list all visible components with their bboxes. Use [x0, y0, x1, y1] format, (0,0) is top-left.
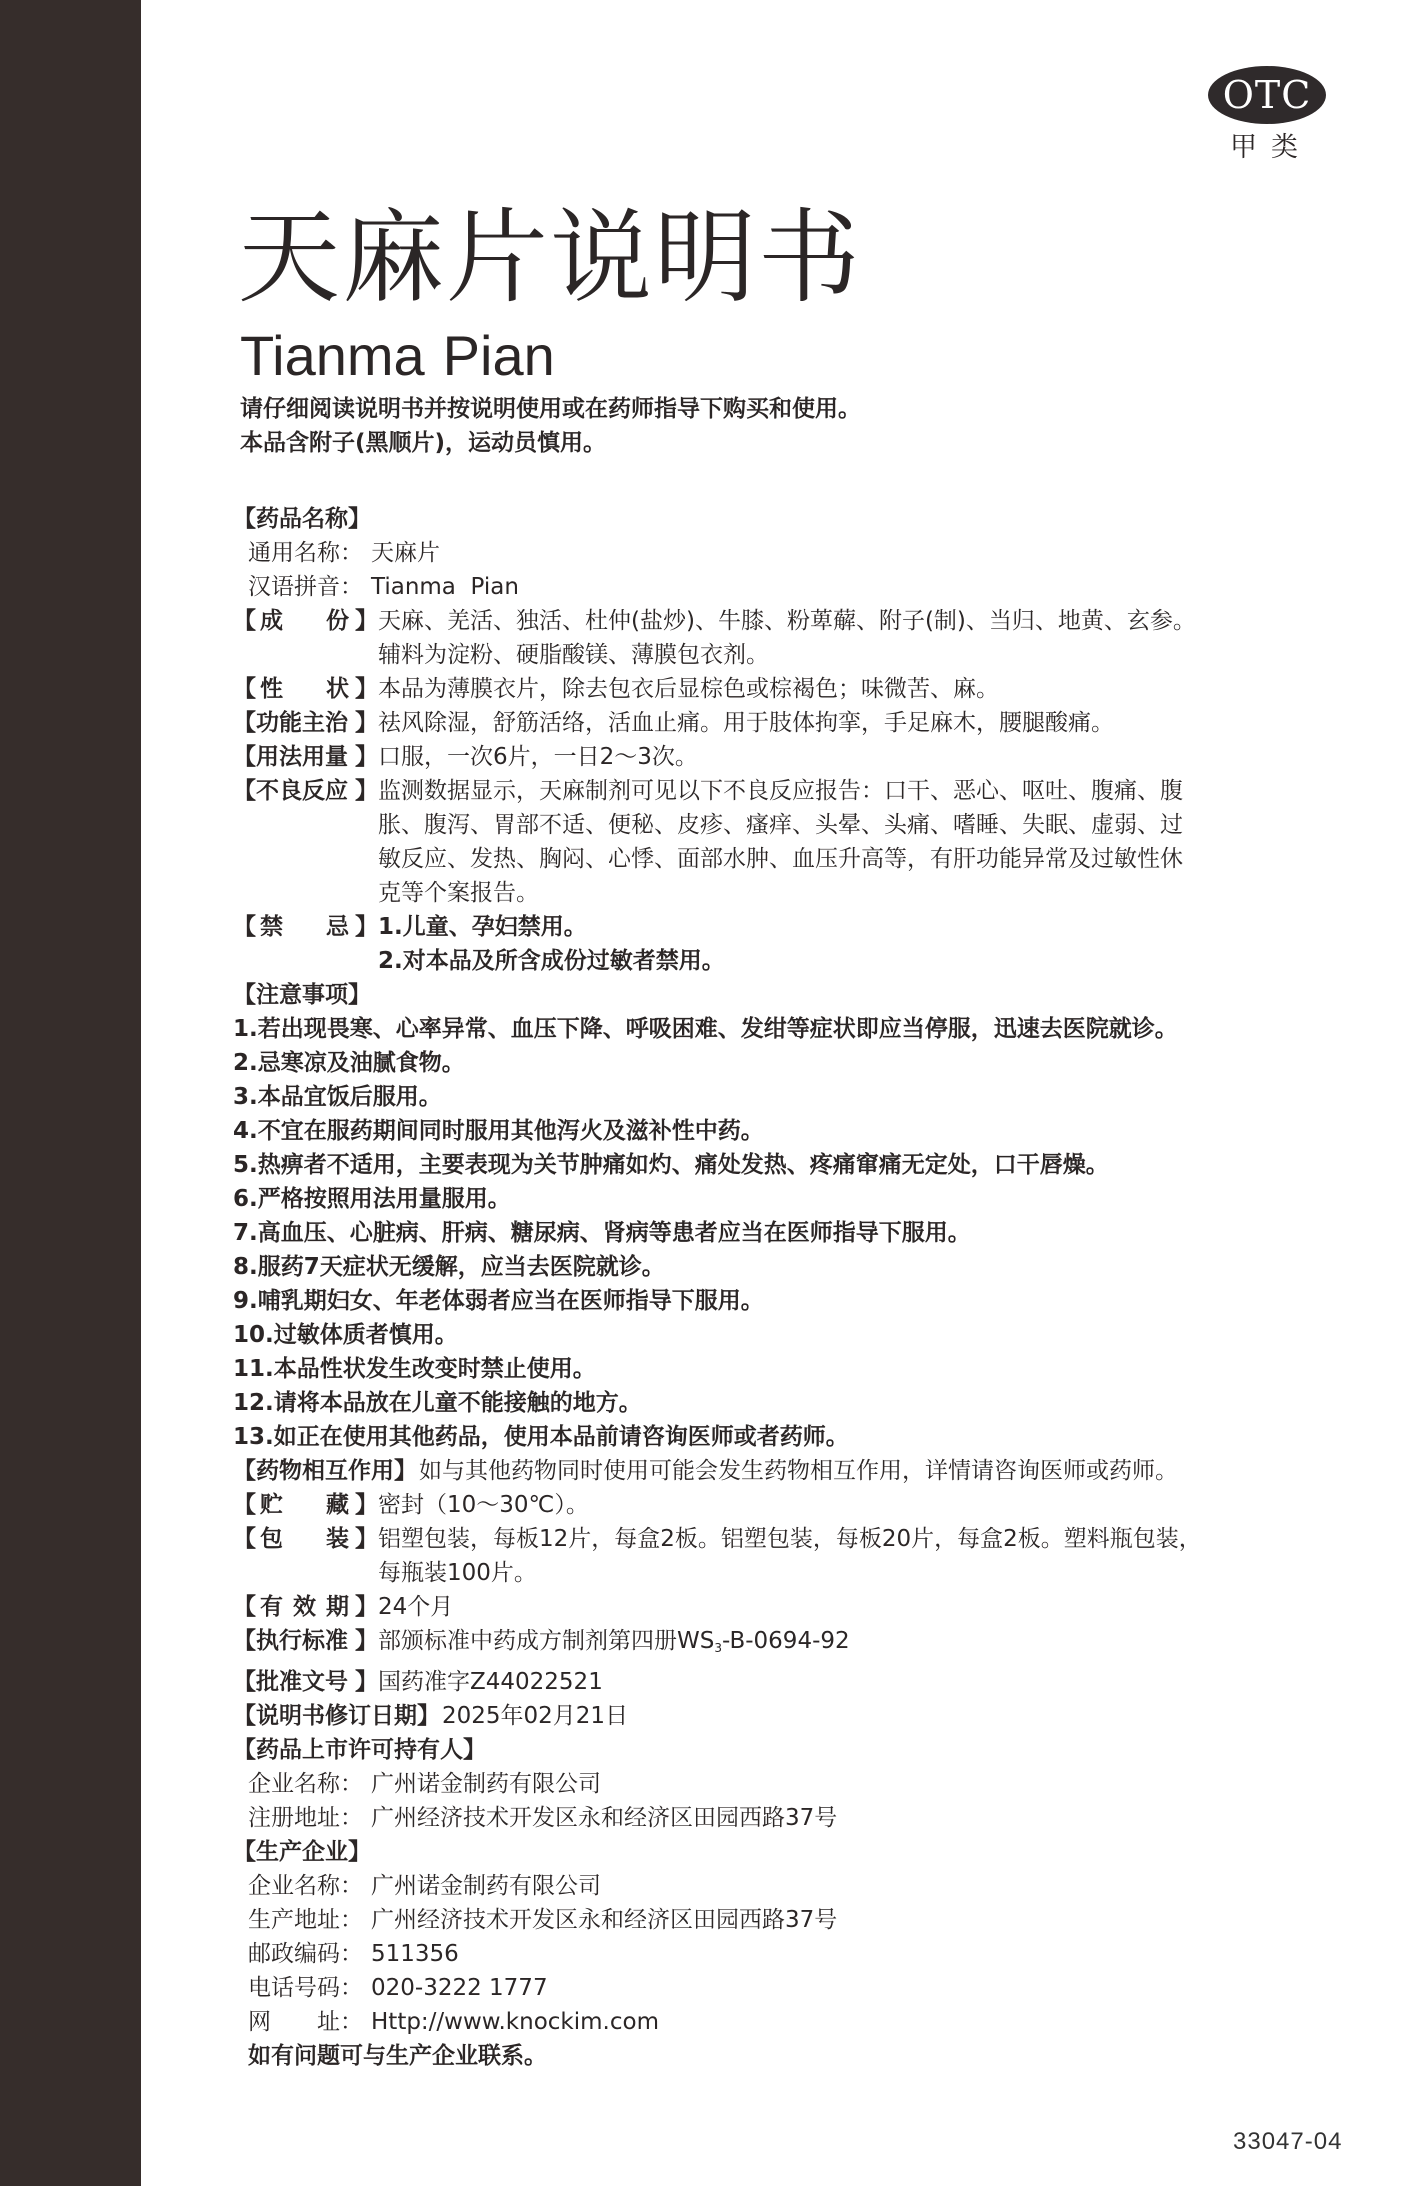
package-line-2: 每瓶装100片。: [233, 1556, 1343, 1590]
manufacturer-address-label: 生产地址：: [248, 1903, 363, 1937]
section-package: 【包装】 铝塑包装，每板12片，每盒2板。铝塑包装，每板20片，每盒2板。塑料瓶…: [233, 1522, 1343, 1556]
generic-name-label: 通用名称：: [248, 536, 363, 570]
approval-text: 国药准字Z44022521: [378, 1665, 1343, 1699]
generic-name-value: 天麻片: [363, 536, 440, 570]
section-storage: 【贮藏】 密封（10～30℃）。: [233, 1488, 1343, 1522]
composition-label: 【成份】: [233, 604, 378, 638]
precaution-item: 2.忌寒凉及油腻食物。: [233, 1046, 1343, 1080]
phone-row: 电话号码： 020-3222 1777: [233, 1971, 1343, 2005]
storage-label: 【贮藏】: [233, 1488, 378, 1522]
phone-label: 电话号码：: [248, 1971, 363, 2005]
interactions-text: 如与其他药物同时使用可能会发生药物相互作用，详情请咨询医师或药师。: [419, 1454, 1343, 1488]
sidebar-band: [0, 0, 141, 2186]
manufacturer-address-value: 广州经济技术开发区永和经济区田园西路37号: [363, 1903, 837, 1937]
zip-row: 邮政编码： 511356: [233, 1937, 1343, 1971]
adverse-line-1: 监测数据显示，天麻制剂可见以下不良反应报告：口干、恶心、呕吐、腹痛、腹: [378, 774, 1343, 808]
website-row: 网址： Http://www.knockim.com: [233, 2005, 1343, 2039]
zip-label: 邮政编码：: [248, 1937, 363, 1971]
contraindication-item-1: 1.儿童、孕妇禁用。: [378, 910, 1343, 944]
manufacturer-address-row: 生产地址： 广州经济技术开发区永和经济区田园西路37号: [233, 1903, 1343, 1937]
pinyin-row: 汉语拼音： Tianma Pian: [233, 570, 1343, 604]
manufacturer-name-row: 企业名称： 广州诺金制药有限公司: [233, 1869, 1343, 1903]
description-text: 本品为薄膜衣片，除去包衣后显棕色或棕褐色；味微苦、麻。: [378, 672, 1343, 706]
generic-name-row: 通用名称： 天麻片: [233, 536, 1343, 570]
section-indications: 【功能主治】 祛风除湿，舒筋活络，活血止痛。用于肢体拘挛，手足麻木，腰腿酸痛。: [233, 706, 1343, 740]
holder-address-label: 注册地址：: [248, 1801, 363, 1835]
standard-label: 【执行标准】: [233, 1624, 378, 1665]
validity-text: 24个月: [378, 1590, 1343, 1624]
warning-athletes: 本品含附子(黑顺片)，运动员慎用。: [240, 432, 606, 455]
composition-line-2: 辅料为淀粉、硬脂酸镁、薄膜包衣剂。: [233, 638, 1343, 672]
otc-badge: OTC: [1208, 66, 1326, 126]
section-dosage: 【用法用量】 口服，一次6片，一日2～3次。: [233, 740, 1343, 774]
page-subtitle-pinyin: TianmaPian: [240, 328, 555, 384]
section-approval-number: 【批准文号】 国药准字Z44022521: [233, 1665, 1343, 1699]
approval-label: 【批准文号】: [233, 1665, 378, 1699]
section-composition: 【成份】 天麻、羌活、独活、杜仲(盐炒)、牛膝、粉萆薢、附子(制)、当归、地黄、…: [233, 604, 1343, 638]
otc-label: OTC: [1223, 76, 1312, 114]
storage-text: 密封（10～30℃）。: [378, 1488, 1343, 1522]
section-adverse-reactions: 【不良反应】 监测数据显示，天麻制剂可见以下不良反应报告：口干、恶心、呕吐、腹痛…: [233, 774, 1343, 808]
section-header-drug-name: 【药品名称】: [233, 502, 1343, 536]
dosage-text: 口服，一次6片，一日2～3次。: [378, 740, 1343, 774]
precaution-item: 12.请将本品放在儿童不能接触的地方。: [233, 1386, 1343, 1420]
leaflet-body: 【药品名称】 通用名称： 天麻片 汉语拼音： Tianma Pian 【成份】 …: [233, 502, 1343, 2073]
pinyin-label: 汉语拼音：: [248, 570, 363, 604]
section-validity: 【有效期】 24个月: [233, 1590, 1343, 1624]
dosage-label: 【用法用量】: [233, 740, 378, 774]
website-link[interactable]: Http://www.knockim.com: [363, 2005, 659, 2039]
pinyin-value: Tianma Pian: [363, 570, 519, 604]
revision-label: 【说明书修订日期】: [233, 1699, 442, 1733]
section-contraindications: 【禁忌】 1.儿童、孕妇禁用。: [233, 910, 1343, 944]
manufacturer-name-value: 广州诺金制药有限公司: [363, 1869, 601, 1903]
holder-name-label: 企业名称：: [248, 1767, 363, 1801]
adverse-line-4: 克等个案报告。: [233, 876, 1343, 910]
precaution-item: 10.过敏体质者慎用。: [233, 1318, 1343, 1352]
section-header-license-holder: 【药品上市许可持有人】: [233, 1733, 1343, 1767]
composition-line-1: 天麻、羌活、独活、杜仲(盐炒)、牛膝、粉萆薢、附子(制)、当归、地黄、玄参。: [378, 604, 1343, 638]
section-header-manufacturer: 【生产企业】: [233, 1835, 1343, 1869]
contraindications-label: 【禁忌】: [233, 910, 378, 944]
precaution-item: 11.本品性状发生改变时禁止使用。: [233, 1352, 1343, 1386]
package-label: 【包装】: [233, 1522, 378, 1556]
contact-note: 如有问题可与生产企业联系。: [233, 2039, 1343, 2073]
precaution-item: 9.哺乳期妇女、年老体弱者应当在医师指导下服用。: [233, 1284, 1343, 1318]
zip-value: 511356: [363, 1937, 459, 1971]
description-label: 【性状】: [233, 672, 378, 706]
indications-text: 祛风除湿，舒筋活络，活血止痛。用于肢体拘挛，手足麻木，腰腿酸痛。: [378, 706, 1343, 740]
holder-address-row: 注册地址： 广州经济技术开发区永和经济区田园西路37号: [233, 1801, 1343, 1835]
indications-label: 【功能主治】: [233, 706, 378, 740]
otc-class-label: 甲类: [1230, 134, 1312, 161]
package-line-1: 铝塑包装，每板12片，每盒2板。铝塑包装，每板20片，每盒2板。塑料瓶包装，: [378, 1522, 1343, 1556]
interactions-label: 【药物相互作用】: [233, 1454, 419, 1488]
adverse-label: 【不良反应】: [233, 774, 378, 808]
precaution-item: 13.如正在使用其他药品，使用本品前请咨询医师或者药师。: [233, 1420, 1343, 1454]
revision-text: 2025年02月21日: [442, 1699, 1343, 1733]
precaution-item: 1.若出现畏寒、心率异常、血压下降、呼吸困难、发绀等症状即应当停服，迅速去医院就…: [233, 1012, 1343, 1046]
website-label: 网址：: [248, 2005, 363, 2039]
precaution-item: 4.不宜在服药期间同时服用其他泻火及滋补性中药。: [233, 1114, 1343, 1148]
precaution-item: 6.严格按照用法用量服用。: [233, 1182, 1343, 1216]
precaution-item: 8.服药7天症状无缓解，应当去医院就诊。: [233, 1250, 1343, 1284]
precaution-item: 3.本品宜饭后服用。: [233, 1080, 1343, 1114]
otc-oval-icon: OTC: [1208, 66, 1326, 124]
holder-name-row: 企业名称： 广州诺金制药有限公司: [233, 1767, 1343, 1801]
adverse-line-3: 敏反应、发热、胸闷、心悸、面部水肿、血压升高等，有肝功能异常及过敏性休: [233, 842, 1343, 876]
standard-text: 部颁标准中药成方制剂第四册WS3-B-0694-92: [378, 1624, 1343, 1665]
holder-address-value: 广州经济技术开发区永和经济区田园西路37号: [363, 1801, 837, 1835]
section-standard: 【执行标准】 部颁标准中药成方制剂第四册WS3-B-0694-92: [233, 1624, 1343, 1665]
precaution-item: 5.热痹者不适用，主要表现为关节肿痛如灼、痛处发热、疼痛窜痛无定处，口干唇燥。: [233, 1148, 1343, 1182]
page-title: 天麻片说明书: [238, 208, 862, 310]
document-code: 33047-04: [1233, 2128, 1342, 2156]
validity-label: 【有效期】: [233, 1590, 378, 1624]
warning-read-instructions: 请仔细阅读说明书并按说明使用或在药师指导下购买和使用。: [240, 398, 861, 421]
section-description: 【性状】 本品为薄膜衣片，除去包衣后显棕色或棕褐色；味微苦、麻。: [233, 672, 1343, 706]
contraindication-item-2: 2.对本品及所含成份过敏者禁用。: [233, 944, 1343, 978]
phone-value: 020-3222 1777: [363, 1971, 548, 2005]
pinyin-word-1: Tianma: [240, 324, 425, 387]
section-header-precautions: 【注意事项】: [233, 978, 1343, 1012]
pinyin-word-2: Pian: [443, 324, 555, 387]
section-revision-date: 【说明书修订日期】 2025年02月21日: [233, 1699, 1343, 1733]
adverse-line-2: 胀、腹泻、胃部不适、便秘、皮疹、瘙痒、头晕、头痛、嗜睡、失眠、虚弱、过: [233, 808, 1343, 842]
manufacturer-name-label: 企业名称：: [248, 1869, 363, 1903]
precaution-item: 7.高血压、心脏病、肝病、糖尿病、肾病等患者应当在医师指导下服用。: [233, 1216, 1343, 1250]
section-drug-interactions: 【药物相互作用】 如与其他药物同时使用可能会发生药物相互作用，详情请咨询医师或药…: [233, 1454, 1343, 1488]
holder-name-value: 广州诺金制药有限公司: [363, 1767, 601, 1801]
